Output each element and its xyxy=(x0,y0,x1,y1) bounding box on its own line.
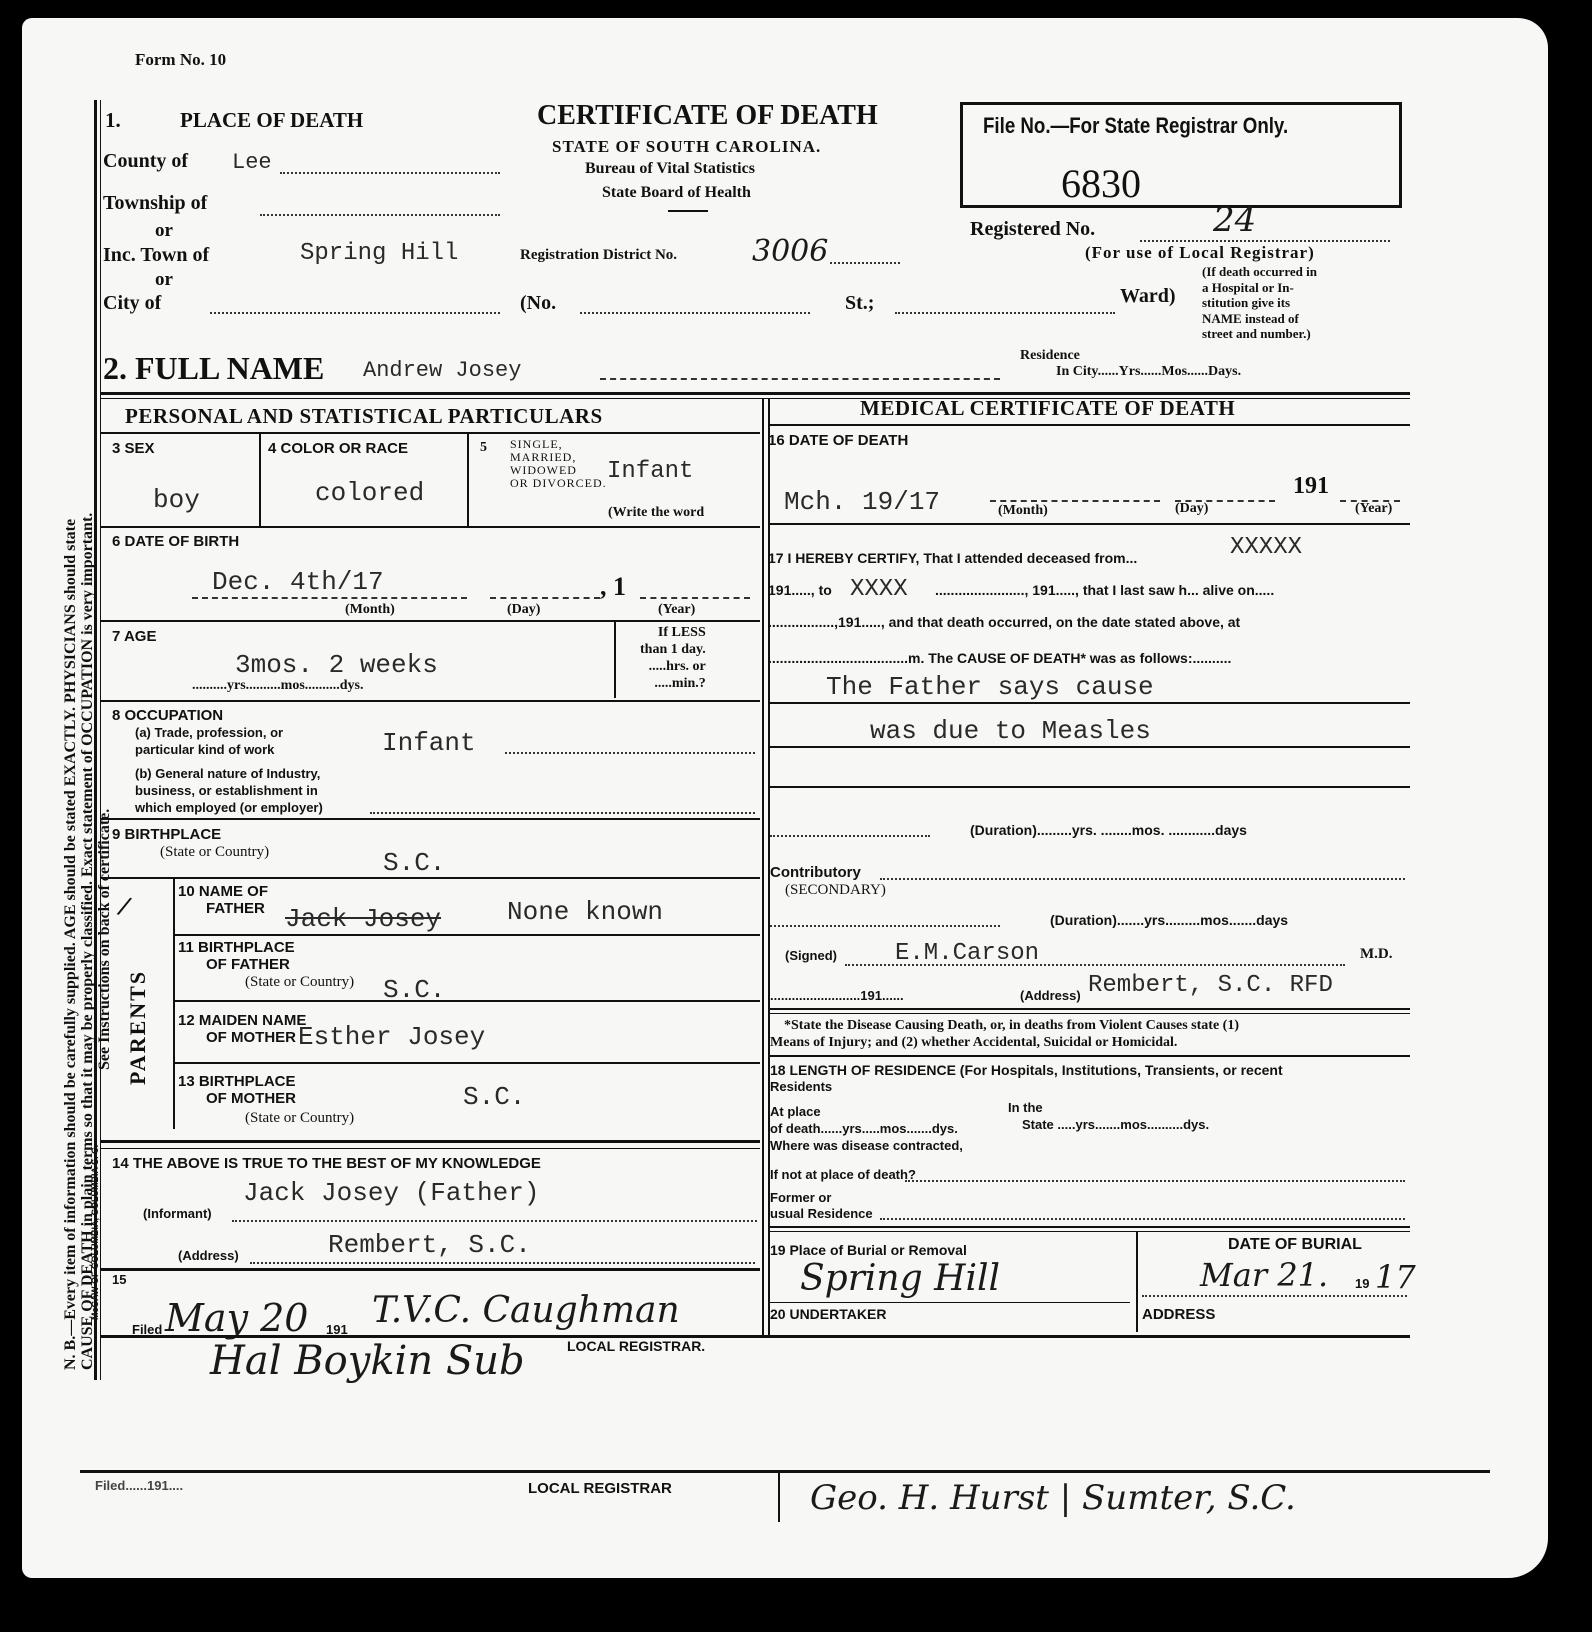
in-state-duration: State .....yrs.......mos..........dys. xyxy=(1022,1117,1209,1132)
town-value[interactable]: Spring Hill xyxy=(300,240,458,267)
divider-burial xyxy=(1136,1232,1138,1332)
rule-birthplace xyxy=(100,818,760,820)
city-label: City of xyxy=(103,292,161,315)
rule-personal xyxy=(100,432,760,434)
personal-section-title: PERSONAL AND STATISTICAL PARTICULARS xyxy=(125,404,603,429)
burial-date-value[interactable]: Mar 21. xyxy=(1200,1256,1328,1294)
occ-b-line: which employed (or employer) xyxy=(135,799,323,816)
md-label: M.D. xyxy=(1360,946,1393,963)
marital-value[interactable]: Infant xyxy=(607,458,693,485)
registered-dots xyxy=(1140,240,1390,242)
footnote-line-2: Means of Injury; and (2) whether Acciden… xyxy=(770,1035,1177,1051)
undertaker-address-label: ADDRESS xyxy=(1142,1306,1215,1323)
less-than-day: If LESS than 1 day. .....hrs. or .....mi… xyxy=(640,624,706,692)
form-number: Form No. 10 xyxy=(135,50,226,70)
county-label: County of xyxy=(103,150,188,173)
hospital-note-line: street and number.) xyxy=(1202,326,1317,342)
hospital-note-line: NAME instead of xyxy=(1202,311,1317,327)
board-name: State Board of Health xyxy=(602,184,751,202)
rule-footnote xyxy=(770,1008,1410,1010)
divider-age xyxy=(614,622,616,698)
birthplace-value[interactable]: S.C. xyxy=(383,848,445,878)
occupation-b-label: (b) General nature of Industry, business… xyxy=(135,765,323,816)
day-caption: (Day) xyxy=(507,602,540,618)
ward-label: Ward) xyxy=(1120,285,1176,308)
rule-father xyxy=(175,934,760,936)
strip-rule xyxy=(80,1470,1490,1473)
dob-label: 6 DATE OF BIRTH xyxy=(112,533,239,550)
dob-month-line xyxy=(192,597,467,599)
less-than-day-line: .....min.? xyxy=(640,675,706,692)
physician-address-value[interactable]: Rembert, S.C. RFD xyxy=(1088,972,1333,999)
full-name-value[interactable]: Andrew Josey xyxy=(363,358,521,383)
file-number-box: File No.—For State Registrar Only. 6830 xyxy=(960,102,1402,208)
usual-residence-dots xyxy=(880,1218,1405,1220)
date-of-death-label: 16 DATE OF DEATH xyxy=(768,432,908,449)
father-value[interactable]: None known xyxy=(507,897,663,927)
rule-filed xyxy=(100,1268,760,1271)
hospital-note: (If death occurred in a Hospital or In- … xyxy=(1202,264,1317,342)
rule-residence xyxy=(770,1055,1410,1057)
full-name-dashes xyxy=(600,378,1000,380)
cause-of-death-line-2[interactable]: was due to Measles xyxy=(870,716,1151,746)
month-caption: (Month) xyxy=(345,602,395,618)
rule-certify xyxy=(770,523,1410,525)
town-label: Inc. Town of xyxy=(103,244,209,267)
rule-mother xyxy=(175,1062,760,1064)
race-label: 4 COLOR OR RACE xyxy=(268,440,408,457)
age-units: ..........yrs..........mos..........dys. xyxy=(192,678,364,694)
rule-bottom xyxy=(100,1335,1410,1338)
street-label: St.; xyxy=(845,292,874,315)
occupation-value[interactable]: Infant xyxy=(382,728,476,758)
rule-age xyxy=(100,620,760,622)
dod-year-caption: (Year) xyxy=(1355,501,1392,517)
marital-number: 5 xyxy=(480,440,487,456)
rule-father-bp xyxy=(175,1000,760,1002)
divider-race xyxy=(467,434,469,526)
certify-line-1: 17 I HEREBY CERTIFY, That I attended dec… xyxy=(768,550,1137,566)
birthplace-sub: (State or Country) xyxy=(160,844,269,861)
attended-to-value[interactable]: XXXX xyxy=(850,576,908,603)
file-number[interactable]: 6830 xyxy=(1061,160,1141,207)
birthplace-label: 9 BIRTHPLACE xyxy=(112,826,221,843)
reg-district-label: Registration District No. xyxy=(520,247,677,264)
footnote-line-1: *State the Disease Causing Death, or, in… xyxy=(784,1018,1239,1034)
mother-value[interactable]: Esther Josey xyxy=(298,1022,485,1052)
ward-dots xyxy=(895,312,1115,314)
physician-signature[interactable]: E.M.Carson xyxy=(895,940,1039,967)
reg-district-dots xyxy=(830,262,900,264)
city-dots xyxy=(210,312,500,314)
street-no-label: (No. xyxy=(520,292,556,315)
medical-section-title: MEDICAL CERTIFICATE OF DEATH xyxy=(860,396,1235,421)
township-label: Township of xyxy=(103,192,207,215)
local-registrar-note: (For use of Local Registrar) xyxy=(1085,243,1315,263)
dod-month-caption: (Month) xyxy=(998,503,1048,519)
county-dots xyxy=(280,172,500,174)
divider-sex xyxy=(259,434,261,526)
sex-label: 3 SEX xyxy=(112,440,155,457)
father-struck-name: Jack Josey xyxy=(285,904,441,934)
mother-bp-line: 13 BIRTHPLACE xyxy=(178,1073,296,1090)
occupation-a-label: (a) Trade, profession, or particular kin… xyxy=(135,724,283,758)
section-number-1: 1. xyxy=(105,108,121,133)
center-divider xyxy=(762,398,764,1338)
informant-value[interactable]: Jack Josey (Father) xyxy=(243,1178,539,1208)
rule-informant xyxy=(100,1140,760,1143)
rule-footnote-2 xyxy=(770,1013,1410,1014)
less-than-day-line: than 1 day. xyxy=(640,641,706,658)
attended-from-value[interactable]: XXXXX xyxy=(1230,534,1302,561)
parents-divider xyxy=(173,879,175,1129)
hospital-note-line: (If death occurred in xyxy=(1202,264,1317,280)
certificate-title: CERTIFICATE OF DEATH xyxy=(537,100,878,132)
bureau-name: Bureau of Vital Statistics xyxy=(585,160,755,178)
hospital-note-line: a Hospital or In- xyxy=(1202,280,1317,296)
filed-number: 15 xyxy=(112,1272,126,1287)
contributory-dots xyxy=(880,878,1405,880)
duration-1-dots xyxy=(770,835,930,837)
secondary-label: (SECONDARY) xyxy=(785,882,886,899)
place-of-death-title: PLACE OF DEATH xyxy=(180,108,363,133)
mother-label: 12 MAIDEN NAME OF MOTHER xyxy=(178,1012,306,1046)
title-rule xyxy=(668,210,708,212)
dob-value[interactable]: Dec. 4th/17 xyxy=(212,567,384,597)
street-dots xyxy=(580,312,810,314)
frame-left xyxy=(94,100,97,1380)
rule-cause-1 xyxy=(770,702,1410,704)
father-label-line: 10 NAME OF xyxy=(178,883,268,900)
father-bp-sub: (State or Country) xyxy=(245,974,354,991)
informant-address-dots xyxy=(250,1262,755,1264)
marital-label: SINGLE, MARRIED, WIDOWED OR DIVORCED. xyxy=(510,438,607,490)
rule-medical xyxy=(770,424,1410,426)
mother-birthplace-label: 13 BIRTHPLACE OF MOTHER xyxy=(178,1073,296,1107)
hospital-note-line: stitution give its xyxy=(1202,295,1317,311)
county-value[interactable]: Lee xyxy=(232,150,272,175)
mother-bp-sub: (State or Country) xyxy=(245,1110,354,1127)
signed-date-line: .........................191...... xyxy=(770,988,904,1003)
residence-heading: 18 LENGTH OF RESIDENCE (For Hospitals, I… xyxy=(770,1062,1283,1078)
undertaker-label: 20 UNDERTAKER xyxy=(770,1306,886,1322)
dod-day-caption: (Day) xyxy=(1175,501,1208,517)
local-registrar-signature[interactable]: T.V.C. Caughman xyxy=(372,1290,680,1331)
rule-burial-2 xyxy=(770,1231,1410,1232)
residence-label: Residence xyxy=(1020,348,1080,364)
burial-place-label: 19 Place of Burial or Removal xyxy=(770,1242,967,1258)
where-contracted-label: Where was disease contracted, xyxy=(770,1138,963,1153)
of-death-duration: of death......yrs.....mos.......dys. xyxy=(770,1121,958,1136)
cause-of-death-line-1[interactable]: The Father says cause xyxy=(826,672,1154,702)
strip-divider xyxy=(778,1472,780,1522)
dob-day-line xyxy=(490,597,600,599)
mother-bp-line: OF MOTHER xyxy=(178,1090,296,1107)
occ-b-dots xyxy=(370,812,755,814)
margin-note: N. B.—Every item of information should b… xyxy=(62,513,113,1370)
duration-2: (Duration).......yrs.........mos.......d… xyxy=(1050,912,1288,928)
occ-b-line: (b) General nature of Industry, xyxy=(135,765,323,782)
less-than-day-line: If LESS xyxy=(640,624,706,641)
burial-date-dots xyxy=(1142,1295,1407,1297)
duration-2-dots xyxy=(770,925,1000,927)
rule-occupation xyxy=(100,700,760,702)
rule-burial-place xyxy=(770,1302,1130,1303)
signed-label: (Signed) xyxy=(785,948,837,963)
frame-left-inner xyxy=(100,100,101,1380)
burial-year-prefix: 19 xyxy=(1355,1276,1369,1291)
informant-address-value[interactable]: Rembert, S.C. xyxy=(328,1230,531,1260)
residents-label: Residents xyxy=(770,1079,832,1094)
dob-year[interactable]: , 1 xyxy=(600,572,626,602)
reg-district-value[interactable]: 3006 xyxy=(752,234,828,269)
occ-b-line: business, or establishment in xyxy=(135,782,323,799)
mother-birthplace-value[interactable]: S.C. xyxy=(463,1082,525,1112)
father-birthplace-label: 11 BIRTHPLACE OF FATHER xyxy=(178,939,295,973)
contributory-label: Contributory xyxy=(770,864,861,881)
certify-line-2a: 191....., to xyxy=(768,582,832,598)
occ-a-dots xyxy=(505,752,755,754)
race-value[interactable]: colored xyxy=(315,478,424,508)
rule-burial xyxy=(770,1226,1410,1228)
if-not-label: If not at place of death? xyxy=(770,1167,916,1182)
rule-informant-2 xyxy=(100,1148,760,1149)
burial-year-value[interactable]: 17 xyxy=(1375,1258,1416,1296)
informant-dots xyxy=(232,1220,757,1222)
township-dots xyxy=(260,214,500,216)
marital-option: OR DIVORCED. xyxy=(510,477,607,490)
certify-line-4: ....................................m. T… xyxy=(768,650,1231,666)
date-of-death-year[interactable]: 191 xyxy=(1293,473,1329,500)
strip-filed: Filed......191.... xyxy=(95,1478,183,1493)
rule-under-name xyxy=(100,392,1410,395)
informant-label: (Informant) xyxy=(143,1206,212,1221)
local-registrar-label: LOCAL REGISTRAR. xyxy=(567,1338,705,1354)
strip-local-registrar: LOCAL REGISTRAR xyxy=(528,1480,672,1497)
father-bp-line: 11 BIRTHPLACE xyxy=(178,939,295,956)
dob-year-line xyxy=(640,597,750,599)
father-label-line: FATHER xyxy=(178,900,268,917)
at-place-label: At place xyxy=(770,1104,821,1119)
sex-value[interactable]: boy xyxy=(153,485,200,515)
filed-date[interactable]: May 20 xyxy=(165,1296,308,1340)
marital-note: (Write the word xyxy=(608,505,704,521)
registered-no-label: Registered No. xyxy=(970,218,1095,241)
signed-dots xyxy=(845,964,1345,966)
usual-residence-label: usual Residence xyxy=(770,1206,873,1221)
strip-signature: Geo. H. Hurst | Sumter, S.C. xyxy=(810,1478,1296,1518)
rule-dob xyxy=(100,526,760,528)
sub-registrar-signature[interactable]: Hal Boykin Sub xyxy=(210,1338,525,1384)
dod-month-line xyxy=(990,500,1160,502)
if-not-dots xyxy=(905,1180,1405,1182)
burial-place-value[interactable]: Spring Hill xyxy=(800,1258,1000,1299)
less-than-day-line: .....hrs. or xyxy=(640,658,706,675)
burial-date-label: DATE OF BURIAL xyxy=(1228,1236,1362,1254)
rule-cause-2 xyxy=(770,746,1410,748)
certify-line-2b: ......................., 191....., that … xyxy=(935,582,1274,598)
duration-1: (Duration).........yrs. ........mos. ...… xyxy=(970,822,1247,838)
father-bp-line: OF FATHER xyxy=(178,956,295,973)
occ-a-line: (a) Trade, profession, or xyxy=(135,724,283,741)
registered-no-value[interactable]: 24 xyxy=(1213,200,1256,240)
occ-a-line: particular kind of work xyxy=(135,741,283,758)
file-box-label: File No.—For State Registrar Only. xyxy=(983,113,1288,139)
or-label-1: or xyxy=(155,220,173,242)
year-caption: (Year) xyxy=(658,602,695,618)
full-name-label: 2. FULL NAME xyxy=(103,350,324,387)
father-label: 10 NAME OF FATHER xyxy=(178,883,268,917)
occupation-label: 8 OCCUPATION xyxy=(112,707,223,724)
margin-note-line1: N. B.—Every item of information should b… xyxy=(62,513,79,1370)
rule-cause-3 xyxy=(770,786,1410,788)
or-label-2: or xyxy=(155,269,173,291)
age-value[interactable]: 3mos. 2 weeks xyxy=(235,650,438,680)
rule-parents xyxy=(100,877,760,879)
physician-address-label: (Address) xyxy=(1020,988,1081,1003)
date-of-death-value[interactable]: Mch. 19/17 xyxy=(784,487,940,517)
parents-label: PARENTS xyxy=(125,970,151,1085)
mother-label-line: OF MOTHER xyxy=(178,1029,306,1046)
informant-heading: 14 THE ABOVE IS TRUE TO THE BEST OF MY K… xyxy=(112,1155,541,1172)
certify-line-3: .................,191....., and that dea… xyxy=(768,614,1240,630)
mother-label-line: 12 MAIDEN NAME xyxy=(178,1012,306,1029)
informant-address-label: (Address) xyxy=(178,1248,239,1263)
age-label: 7 AGE xyxy=(112,628,156,645)
in-the-label: In the xyxy=(1008,1100,1043,1115)
state-name: STATE OF SOUTH CAROLINA. xyxy=(552,137,821,157)
residence-detail: In City......Yrs......Mos......Days. xyxy=(1056,364,1241,380)
former-label: Former or xyxy=(770,1190,831,1205)
